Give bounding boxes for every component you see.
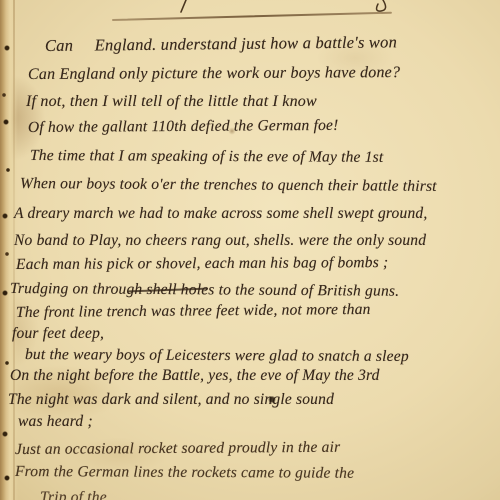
manuscript-line: but the weary boys of Leicesters were gl… <box>25 346 409 366</box>
binding-edge <box>0 0 18 500</box>
manuscript-line: The time that I am speaking of is the ev… <box>30 147 384 167</box>
manuscript-line: If not, then I will tell of the little t… <box>26 93 317 111</box>
manuscript-line: The front line trench was three feet wid… <box>16 301 371 322</box>
manuscript-line: No band to Play, no cheers rang out, she… <box>14 232 426 250</box>
manuscript-line: was heard ; <box>18 413 93 431</box>
manuscript-page: Can England. understand just how a battl… <box>0 0 500 500</box>
manuscript-line: Can England. understand just how a battl… <box>45 32 397 56</box>
manuscript-line: Trudging on through shell holes to the s… <box>10 280 399 301</box>
manuscript-line: A dreary march we had to make across som… <box>14 205 427 223</box>
ink-blot <box>268 396 276 403</box>
page-crease <box>13 0 15 500</box>
manuscript-line: Just an occasional rocket soared proudly… <box>15 439 340 459</box>
manuscript-line: Of how the gallant 110th defied the Germ… <box>28 117 339 137</box>
clipped-heading-descenders <box>0 0 500 26</box>
manuscript-line: The night was dark and silent, and no si… <box>8 391 334 409</box>
manuscript-line: Each man his pick or shovel, each man hi… <box>16 254 388 274</box>
manuscript-line: Trip of the <box>40 489 107 500</box>
manuscript-line: On the night before the Battle, yes, the… <box>10 367 380 385</box>
manuscript-line: From the German lines the rockets came t… <box>15 463 354 483</box>
manuscript-line: Can England only picture the work our bo… <box>28 64 400 84</box>
manuscript-line: When our boys took o'er the trenches to … <box>20 175 437 196</box>
manuscript-line: four feet deep, <box>12 325 104 343</box>
